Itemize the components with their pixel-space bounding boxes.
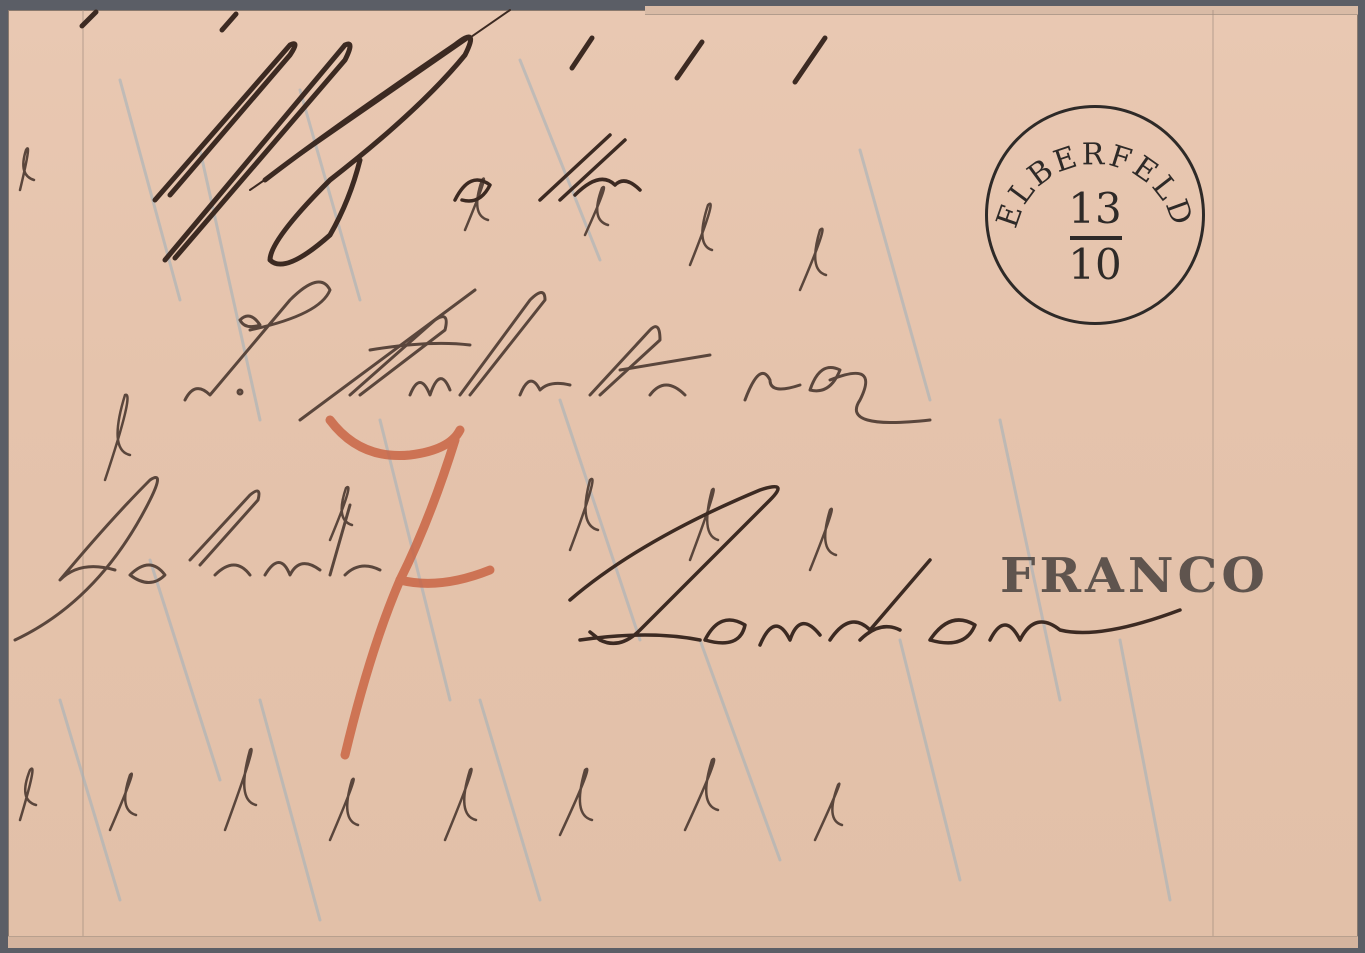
franco-handstamp: FRANCO	[1000, 547, 1269, 603]
datestamp-day: 13	[988, 188, 1202, 230]
rate-marking-n8	[155, 10, 510, 264]
datestamp-month: 10	[988, 244, 1202, 286]
repeated-letter-marks	[20, 148, 842, 840]
circular-datestamp: ELBERFELD 13 10	[985, 105, 1205, 325]
